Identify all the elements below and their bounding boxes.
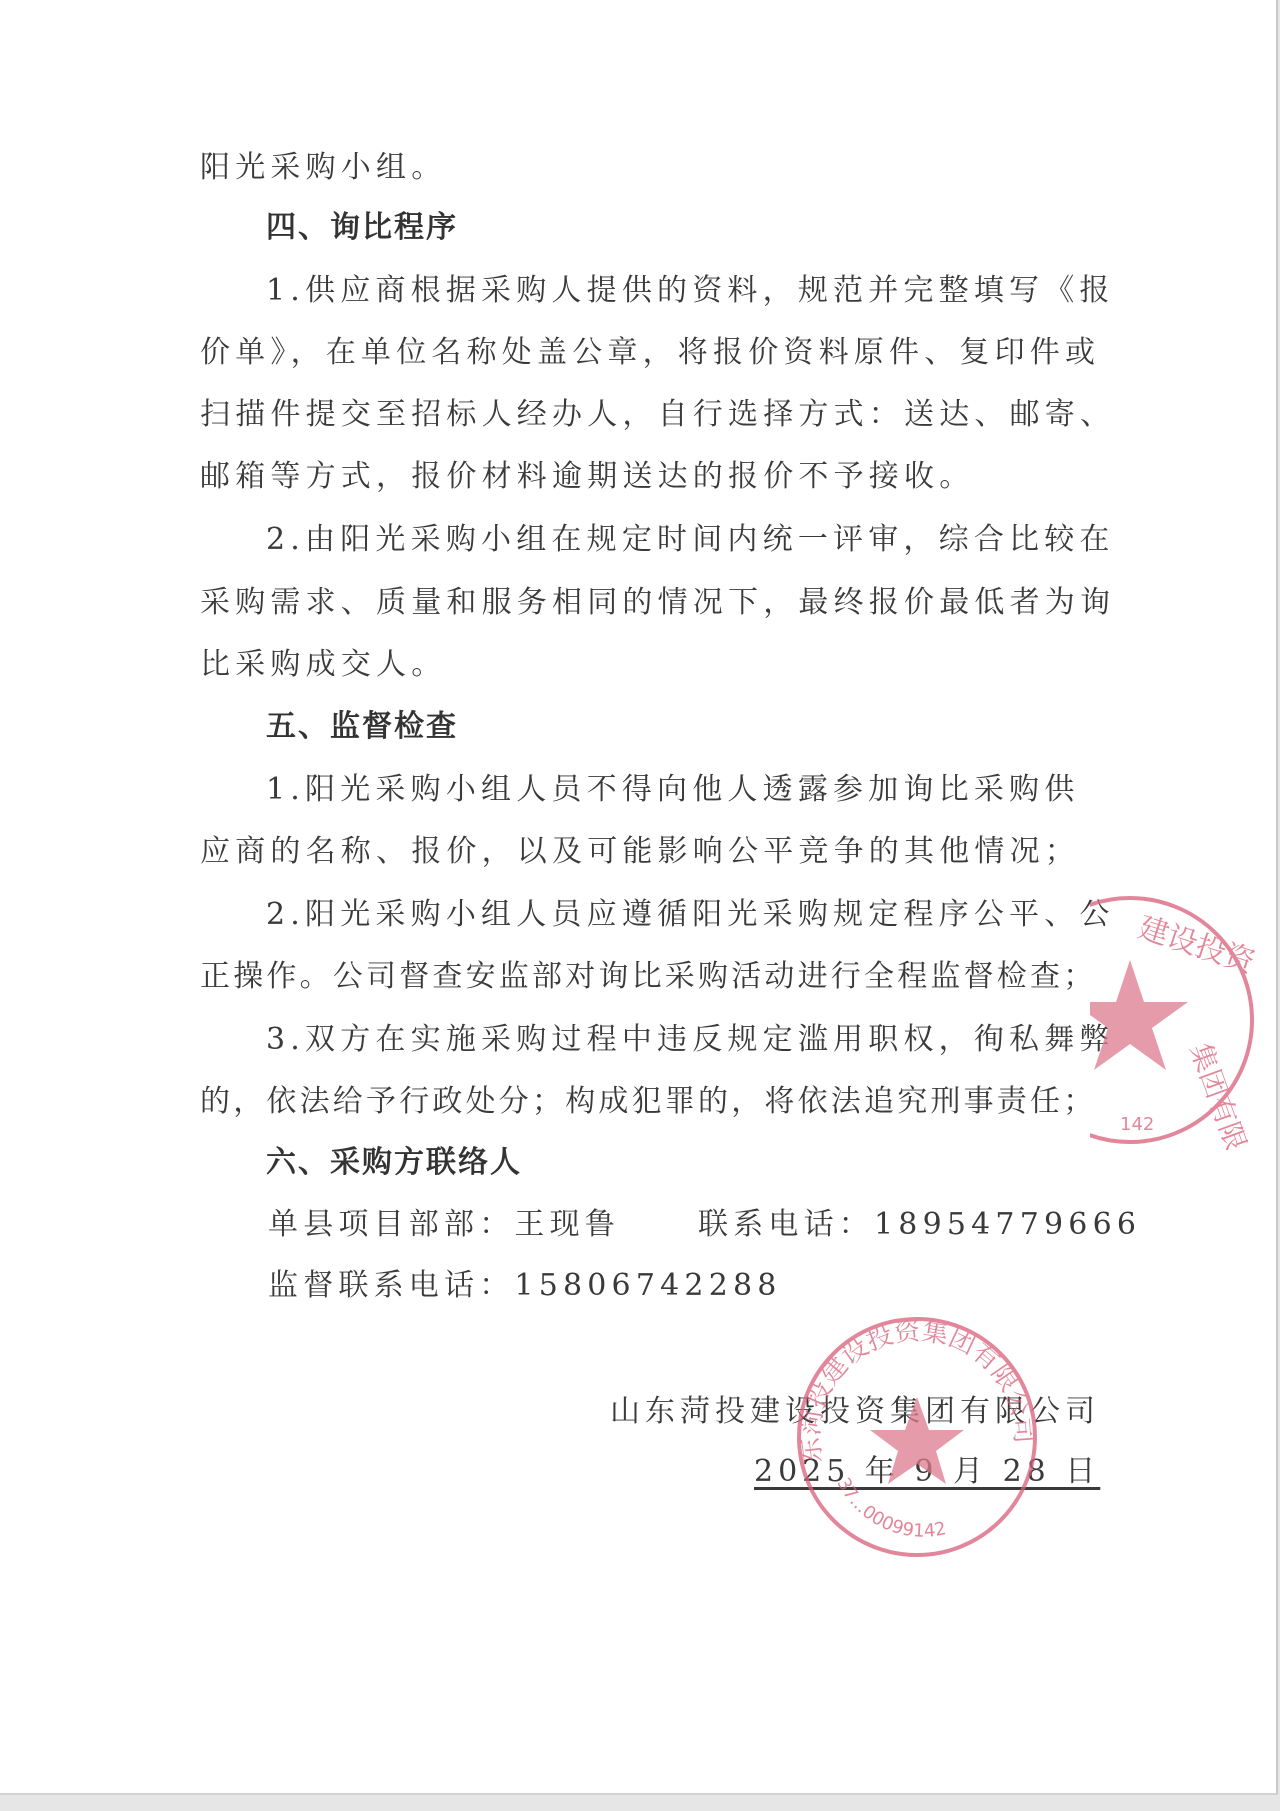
text-line: 扫描件提交至招标人经办人，自行选择方式：送达、邮寄、 bbox=[200, 395, 1115, 435]
signature-company: 山东菏投建设投资集团有限公司 bbox=[610, 1392, 1100, 1432]
project-dept-label: 单县项目部部： bbox=[268, 1207, 514, 1242]
text-line: 2.由阳光采购小组在规定时间内统一评审，综合比较在 bbox=[266, 520, 1115, 560]
text-line: 1.阳光采购小组人员不得向他人透露参加询比采购供 bbox=[266, 770, 1079, 810]
text-line: 1.供应商根据采购人提供的资料，规范并完整填写《报 bbox=[266, 271, 1115, 311]
text-line: 价单》，在单位名称处盖公章，将报价资料原件、复印件或 bbox=[200, 333, 1100, 373]
project-dept-person: 王现鲁 bbox=[514, 1207, 620, 1242]
text-line: 邮箱等方式，报价材料逾期送达的报价不予接收。 bbox=[200, 457, 974, 497]
svg-text:142: 142 bbox=[1120, 1114, 1154, 1135]
contact-row-phone: 联系电话：18954779666 bbox=[698, 1205, 1141, 1245]
text-line: 正操作。公司督查安监部对询比采购活动进行全程监督检查； bbox=[200, 957, 1096, 997]
section-heading-4: 四、询比程序 bbox=[266, 208, 458, 248]
company-seal-stamp-signature: 东菏投建设投资集团有限公司 37...00099142 bbox=[792, 1312, 1042, 1562]
contact-row-supervision: 监督联系电话：15806742288 bbox=[268, 1266, 782, 1306]
svg-text:建设投资: 建设投资 bbox=[1134, 910, 1260, 981]
text-line: 比采购成交人。 bbox=[200, 645, 446, 685]
company-seal-stamp-right: 建设投资 集团有限 142 bbox=[1090, 890, 1270, 1150]
supervision-phone: 15806742288 bbox=[514, 1268, 781, 1303]
text-line: 阳光采购小组。 bbox=[200, 148, 446, 188]
text-line: 2.阳光采购小组人员应遵循阳光采购规定程序公平、公 bbox=[266, 895, 1115, 935]
text-line: 应商的名称、报价，以及可能影响公平竞争的其他情况； bbox=[200, 832, 1080, 872]
phone-label: 联系电话： bbox=[698, 1207, 874, 1242]
text-line: 采购需求、质量和服务相同的情况下，最终报价最低者为询 bbox=[200, 583, 1115, 623]
phone-number: 18954779666 bbox=[874, 1207, 1141, 1242]
supervision-label: 监督联系电话： bbox=[268, 1268, 514, 1303]
section-heading-6: 六、采购方联络人 bbox=[266, 1143, 522, 1183]
document-page: 阳光采购小组。 四、询比程序 1.供应商根据采购人提供的资料，规范并完整填写《报… bbox=[0, 0, 1278, 1795]
signature-date: 2025 年 9 月 28 日 bbox=[754, 1452, 1100, 1492]
contact-row-project: 单县项目部部：王现鲁 bbox=[268, 1205, 620, 1245]
section-heading-5: 五、监督检查 bbox=[266, 707, 458, 747]
text-line: 的，依法给予行政处分；构成犯罪的，将依法追究刑事责任； bbox=[200, 1082, 1096, 1122]
svg-text:集团有限: 集团有限 bbox=[1184, 1039, 1253, 1150]
text-line: 3.双方在实施采购过程中违反规定滥用职权，徇私舞弊 bbox=[266, 1020, 1115, 1060]
svg-text:东菏投建设投资集团有限公司: 东菏投建设投资集团有限公司 bbox=[795, 1316, 1038, 1465]
